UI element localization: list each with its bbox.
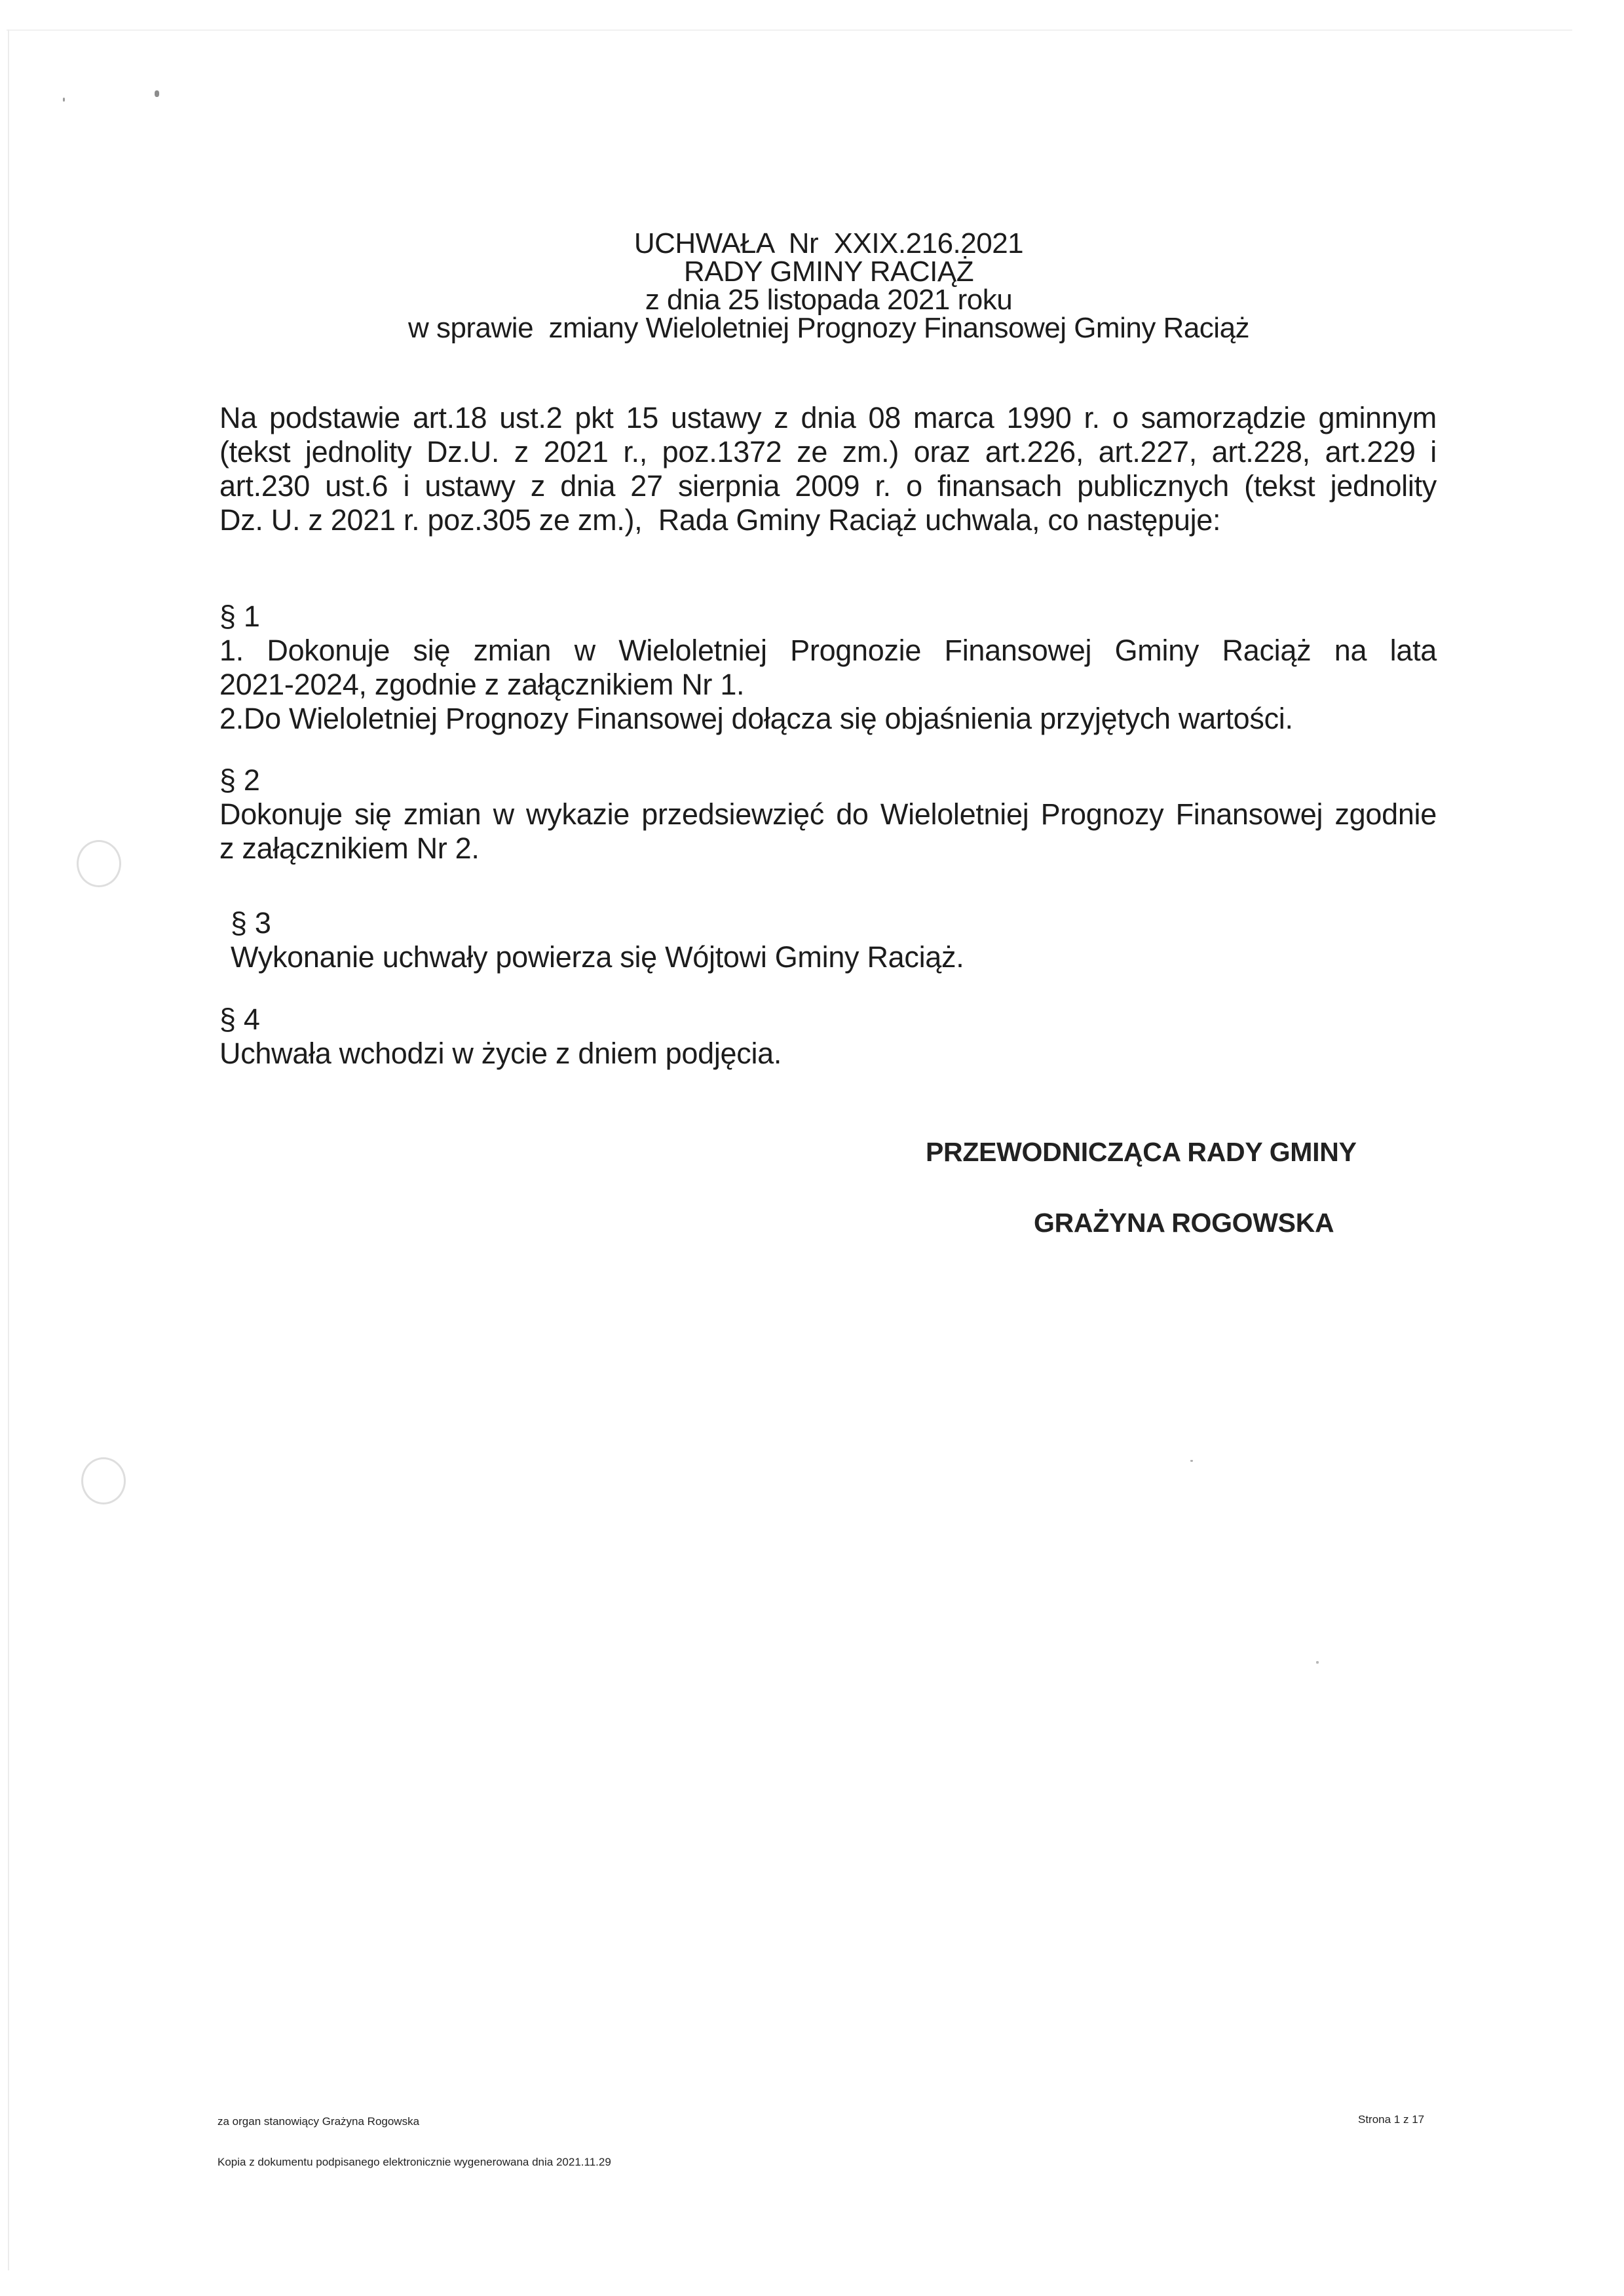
text-line: Na podstawie art.18 ust.2 pkt 15 ustawy … [219,401,1437,435]
section-3: § 3 Wykonanie uchwały powierza się Wójto… [231,906,1448,974]
text-line: art.230 ust.6 i ustawy z dnia 27 sierpni… [219,469,1437,503]
text-line: 2.Do Wieloletniej Prognozy Finansowej do… [219,702,1437,736]
section-mark: § 4 [219,1003,1437,1037]
section-mark: § 3 [231,906,1448,940]
text-line: Wykonanie uchwały powierza się Wójtowi G… [231,940,1448,974]
page-number: Strona 1 z 17 [1358,2113,1424,2126]
section-2: § 2 Dokonuje się zmian w wykazie przedsi… [219,763,1437,866]
scan-border-left [8,29,9,2270]
text-line: 1. Dokonuje się zmian w Wieloletniej Pro… [219,634,1437,668]
text-line: (tekst jednolity Dz.U. z 2021 r., poz.13… [219,435,1437,469]
section-4: § 4 Uchwała wchodzi w życie z dniem podj… [219,1003,1437,1071]
footer-organ: za organ stanowiący Grażyna Rogowska [217,2115,419,2128]
scan-border-top [7,29,1572,31]
legal-basis-paragraph: Na podstawie art.18 ust.2 pkt 15 ustawy … [219,401,1437,537]
resolution-subject: w sprawie zmiany Wieloletniej Prognozy F… [0,314,1624,342]
text-line: Dokonuje się zmian w wykazie przedsiewzi… [219,797,1437,832]
punch-hole-mark [81,1457,126,1504]
scan-speck [155,90,159,97]
scan-speck [1316,1661,1319,1664]
resolution-title: UCHWAŁA Nr XXIX.216.2021 RADY GMINY RACI… [0,229,1624,342]
section-1: § 1 1. Dokonuje się zmian w Wieloletniej… [219,600,1437,736]
signatory-name: GRAŻYNA ROGOWSKA [1034,1208,1334,1238]
punch-hole-mark [77,840,121,887]
text-line: Dz. U. z 2021 r. poz.305 ze zm.), Rada G… [219,503,1437,537]
section-mark: § 2 [219,763,1437,797]
issuing-body: RADY GMINY RACIĄŻ [0,258,1624,286]
scan-speck [1190,1460,1193,1462]
resolution-date: z dnia 25 listopada 2021 roku [0,286,1624,314]
section-mark: § 1 [219,600,1437,634]
scan-speck [63,98,65,102]
text-line: z załącznikiem Nr 2. [219,832,1437,866]
text-line: 2021-2024, zgodnie z załącznikiem Nr 1. [219,668,1437,702]
text-line: Uchwała wchodzi w życie z dniem podjęcia… [219,1037,1437,1071]
signatory-role: PRZEWODNICZĄCA RADY GMINY [926,1137,1357,1168]
resolution-number: UCHWAŁA Nr XXIX.216.2021 [0,229,1624,258]
footer-copy-note: Kopia z dokumentu podpisanego elektronic… [217,2156,611,2169]
